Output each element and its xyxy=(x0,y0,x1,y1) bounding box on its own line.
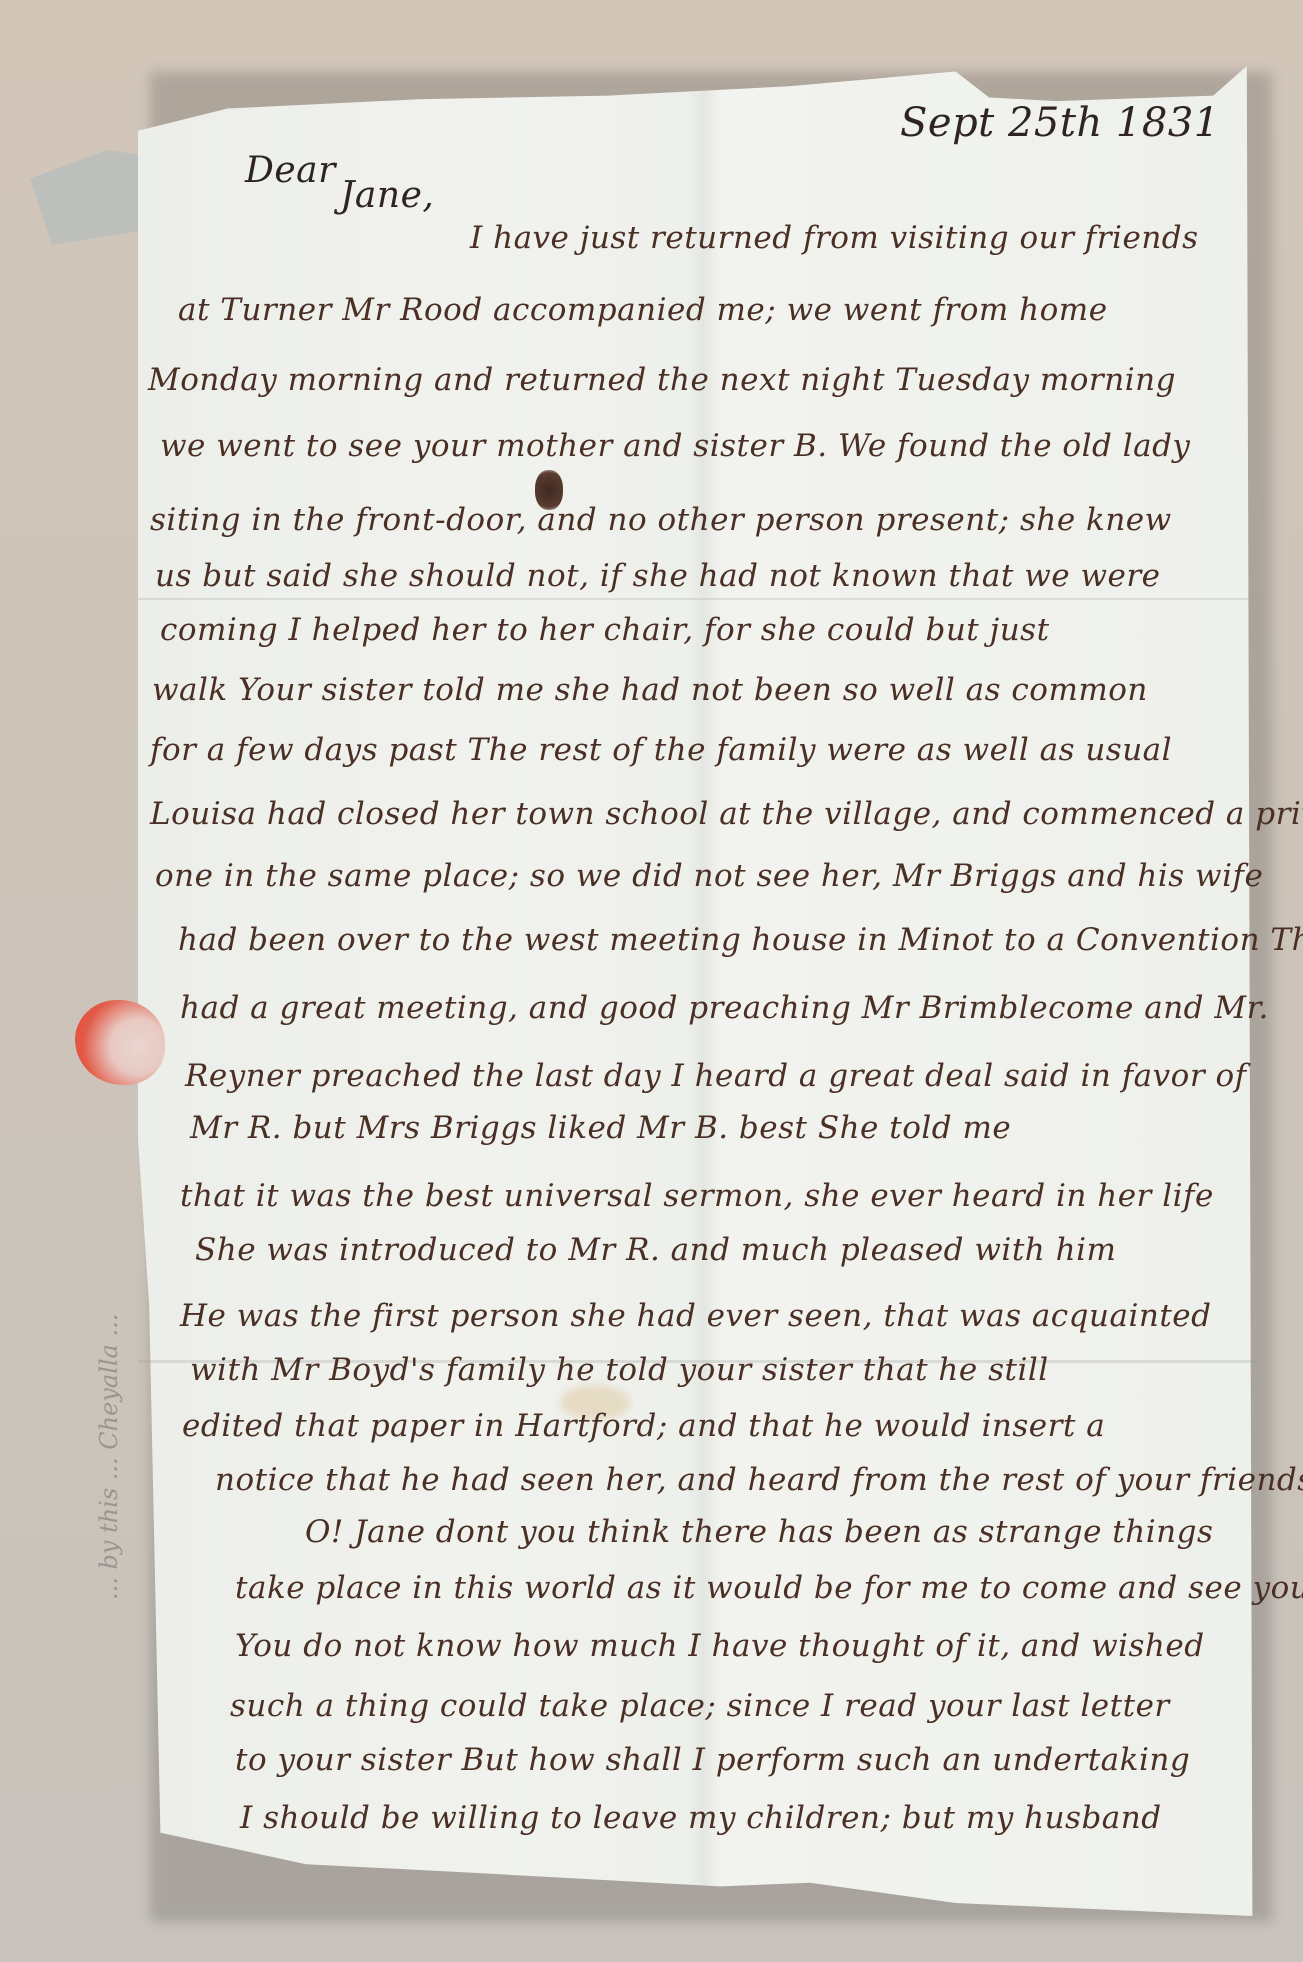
letter-line: at Turner Mr Rood accompanied me; we wen… xyxy=(178,292,1108,328)
letter-line: She was introduced to Mr R. and much ple… xyxy=(195,1232,1116,1268)
letter-line: take place in this world as it would be … xyxy=(235,1570,1303,1606)
letter-line: Reyner preached the last day I heard a g… xyxy=(185,1058,1247,1094)
letter-line: Mr R. but Mrs Briggs liked Mr B. best Sh… xyxy=(190,1110,1011,1146)
letter-line: that it was the best universal sermon, s… xyxy=(180,1178,1214,1214)
letter-line: He was the first person she had ever see… xyxy=(180,1298,1212,1334)
letter-line: O! Jane dont you think there has been as… xyxy=(305,1514,1213,1550)
margin-note: ... by this ... Cheyalla ... xyxy=(95,1314,123,1600)
letter-line: edited that paper in Hartford; and that … xyxy=(182,1408,1105,1444)
letter-line: You do not know how much I have thought … xyxy=(235,1628,1205,1664)
letter-line: had been over to the west meeting house … xyxy=(178,922,1303,958)
letter-line: us but said she should not, if she had n… xyxy=(155,558,1161,594)
salutation-dear: Dear xyxy=(245,150,336,191)
letter-line: Louisa had closed her town school at the… xyxy=(150,796,1303,832)
letter-line: we went to see your mother and sister B.… xyxy=(160,428,1190,464)
letter-line: coming I helped her to her chair, for sh… xyxy=(160,612,1050,648)
letter-line: Monday morning and returned the next nig… xyxy=(148,362,1176,398)
letter-line: notice that he had seen her, and heard f… xyxy=(215,1462,1303,1498)
letter-date: Sept 25th 1831 xyxy=(900,100,1220,146)
letter-line: walk Your sister told me she had not bee… xyxy=(152,672,1148,708)
letter-line: to your sister But how shall I perform s… xyxy=(235,1742,1190,1778)
fold-crease xyxy=(138,598,1258,600)
letter-line: siting in the front-door, and no other p… xyxy=(150,502,1172,538)
letter-line: with Mr Boyd's family he told your siste… xyxy=(190,1352,1049,1388)
letter-line: for a few days past The rest of the fami… xyxy=(150,732,1172,768)
letter-line: had a great meeting, and good preaching … xyxy=(180,990,1269,1026)
letter-line: I have just returned from visiting our f… xyxy=(470,220,1199,256)
letter-line: one in the same place; so we did not see… xyxy=(155,858,1263,894)
salutation-name: Jane, xyxy=(340,175,434,216)
letter-line: such a thing could take place; since I r… xyxy=(230,1688,1170,1724)
letter-line: I should be willing to leave my children… xyxy=(240,1800,1162,1836)
